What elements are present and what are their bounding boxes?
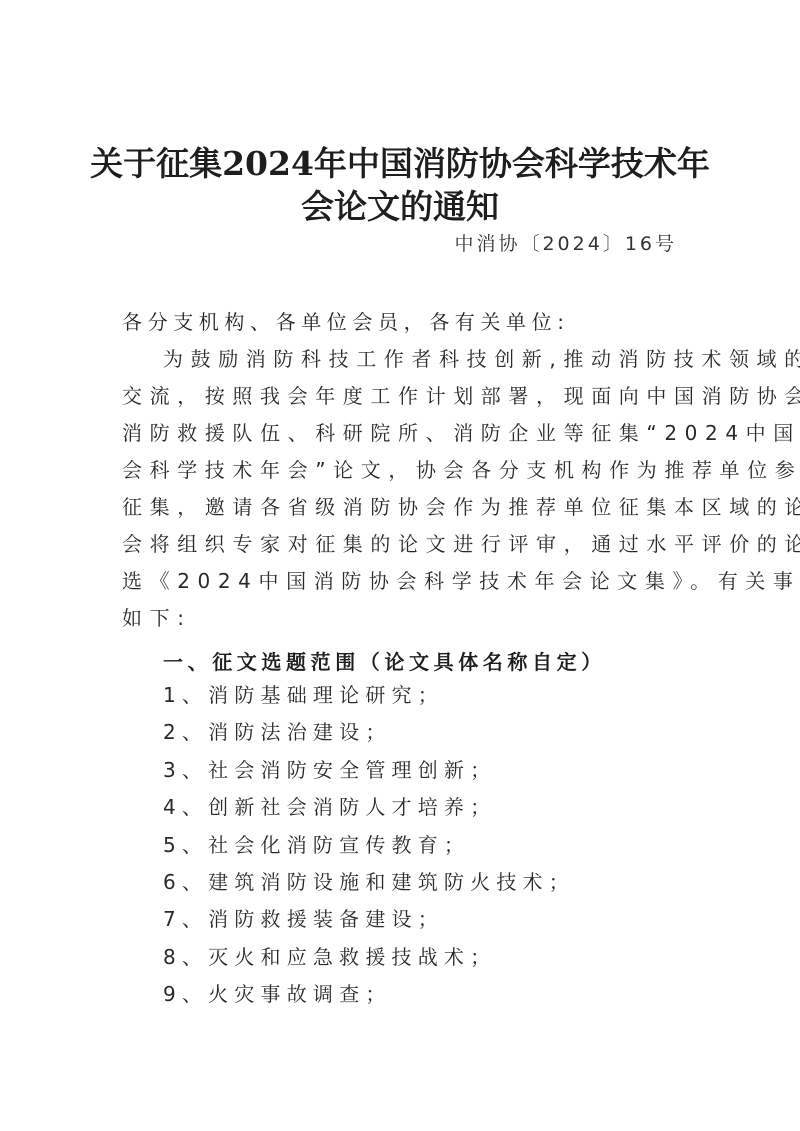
- body-line: 消防救援队伍、科研院所、消防企业等征集“2024中国消防协: [122, 417, 800, 446]
- salutation: 各分支机构、各单位会员，各有关单位:: [122, 306, 570, 335]
- document-page: 关于征集2024年中国消防协会科学技术年 会论文的通知 中消协〔2024〕16号…: [0, 0, 800, 1131]
- body-line: 征集，邀请各省级消防协会作为推荐单位征集本区域的论文。我: [122, 491, 800, 520]
- topic-item: 1、消防基础理论研究；: [163, 682, 575, 719]
- topic-item: 7、消防救援装备建设；: [163, 906, 575, 943]
- topic-item: 9、火灾事故调查；: [163, 981, 575, 1018]
- body-line: 交流，按照我会年度工作计划部署，现面向中国消防协会会员、: [122, 380, 800, 409]
- document-title-line-2: 会论文的通知: [0, 181, 800, 228]
- topic-item: 6、建筑消防设施和建筑防火技术；: [163, 869, 575, 906]
- body-line: 如下:: [122, 602, 192, 631]
- section-heading-topics: 一、征文选题范围（论文具体名称自定）: [163, 646, 606, 675]
- topic-list: 1、消防基础理论研究； 2、消防法治建设； 3、社会消防安全管理创新； 4、创新…: [163, 682, 575, 1019]
- document-number: 中消协〔2024〕16号: [454, 229, 677, 256]
- topic-item: 3、社会消防安全管理创新；: [163, 757, 575, 794]
- topic-item: 2、消防法治建设；: [163, 719, 575, 756]
- body-line: 会科学技术年会”论文，协会各分支机构作为推荐单位参与论文: [122, 454, 800, 483]
- body-line: 为鼓励消防科技工作者科技创新,推动消防技术领域的学术: [163, 343, 800, 372]
- document-title-line-1: 关于征集2024年中国消防协会科学技术年: [0, 138, 800, 185]
- topic-item: 8、灭火和应急救援技战术；: [163, 944, 575, 981]
- topic-item: 5、社会化消防宣传教育；: [163, 832, 575, 869]
- topic-item: 4、创新社会消防人才培养；: [163, 794, 575, 831]
- body-line: 选《2024中国消防协会科学技术年会论文集》。有关事项通知: [122, 565, 800, 594]
- body-line: 会将组织专家对征集的论文进行评审，通过水平评价的论文将入: [122, 528, 800, 557]
